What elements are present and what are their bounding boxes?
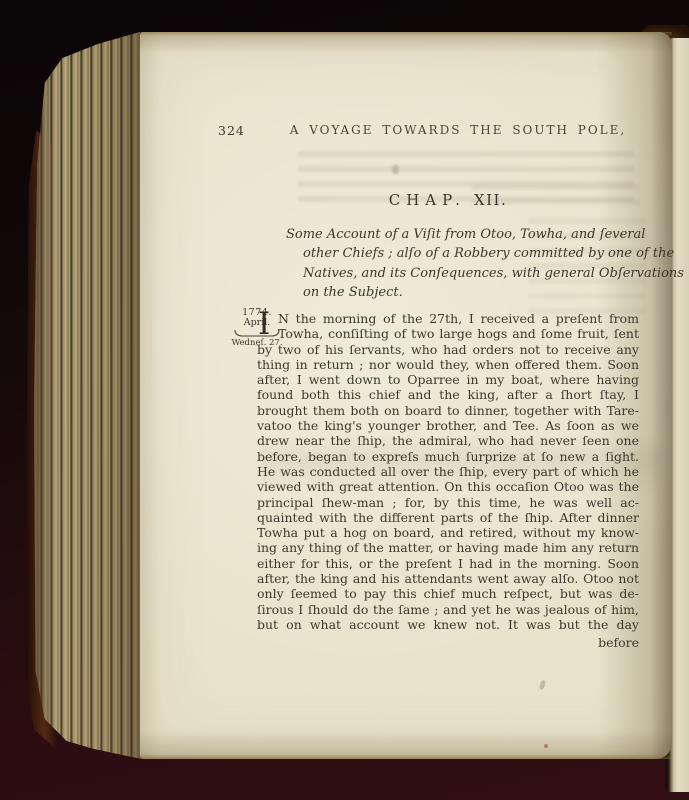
catchword: before	[520, 635, 639, 650]
chapter-label: CHAP.	[389, 191, 466, 209]
chapter-number: XII.	[474, 191, 507, 209]
text-line: He was conducted all over the ſhip, ever…	[257, 464, 639, 479]
text-line: brought them both on board to dinner, to…	[257, 403, 639, 418]
text-line: viewed with great attention. On this occ…	[257, 479, 639, 494]
text-line: before, began to expreſs much ſurprize a…	[257, 449, 639, 464]
text-line: Towha put a hog on board, and retired, w…	[257, 525, 639, 540]
chapter-summary: Some Account of a Viſit from Otoo, Towha…	[286, 225, 640, 303]
text-line: found both this chief and the king, afte…	[257, 387, 639, 402]
page-number: 324	[218, 123, 245, 138]
paper-stain	[544, 744, 548, 748]
book-page: 324 A VOYAGE TOWARDS THE SOUTH POLE, CHA…	[140, 32, 672, 759]
text-line: quainted with the different parts of the…	[257, 510, 639, 525]
text-line: only ſeemed to pay this chief much reſpe…	[257, 586, 639, 601]
text-line: after, I went down to Oparree in my boat…	[257, 372, 639, 387]
page-fore-edge-stack	[34, 32, 142, 759]
paper-stain	[392, 164, 399, 175]
book-scan-scene: 324 A VOYAGE TOWARDS THE SOUTH POLE, CHA…	[0, 0, 689, 800]
text-line: Natives, and its Conſequences, with gene…	[286, 264, 640, 283]
paper-stain	[539, 679, 547, 690]
body-paragraph: N the morning of the 27th, I received a …	[257, 311, 639, 632]
text-line: Towha, conſiſting of two large hogs and …	[257, 326, 639, 341]
text-line: ſirous I ſhould do the ſame ; and yet he…	[257, 602, 639, 617]
chapter-heading: CHAP.XII.	[257, 190, 639, 209]
text-line: other Chiefs ; alſo of a Robbery committ…	[286, 244, 640, 263]
text-line: principal ſhew-man ; for, by this time, …	[257, 495, 639, 510]
text-line: either for this, or the preſent I had in…	[257, 556, 639, 571]
text-line: ing any thing of the matter, or having m…	[257, 540, 639, 555]
text-line: Some Account of a Viſit from Otoo, Towha…	[286, 225, 640, 244]
text-line: vatoo the king's younger brother, and Te…	[257, 418, 639, 433]
text-line: by two of his ſervants, who had orders n…	[257, 342, 639, 357]
text-line: drew near the ſhip, the admiral, who had…	[257, 433, 639, 448]
text-line: N the morning of the 27th, I received a …	[257, 311, 639, 326]
text-line: on the Subject.	[286, 283, 640, 302]
text-line: thing in return ; nor would they, when o…	[257, 357, 639, 372]
text-line: after, the king and his attendants went …	[257, 571, 639, 586]
running-header: A VOYAGE TOWARDS THE SOUTH POLE,	[257, 123, 649, 137]
text-line: but on what account we knew not. It was …	[257, 617, 639, 632]
